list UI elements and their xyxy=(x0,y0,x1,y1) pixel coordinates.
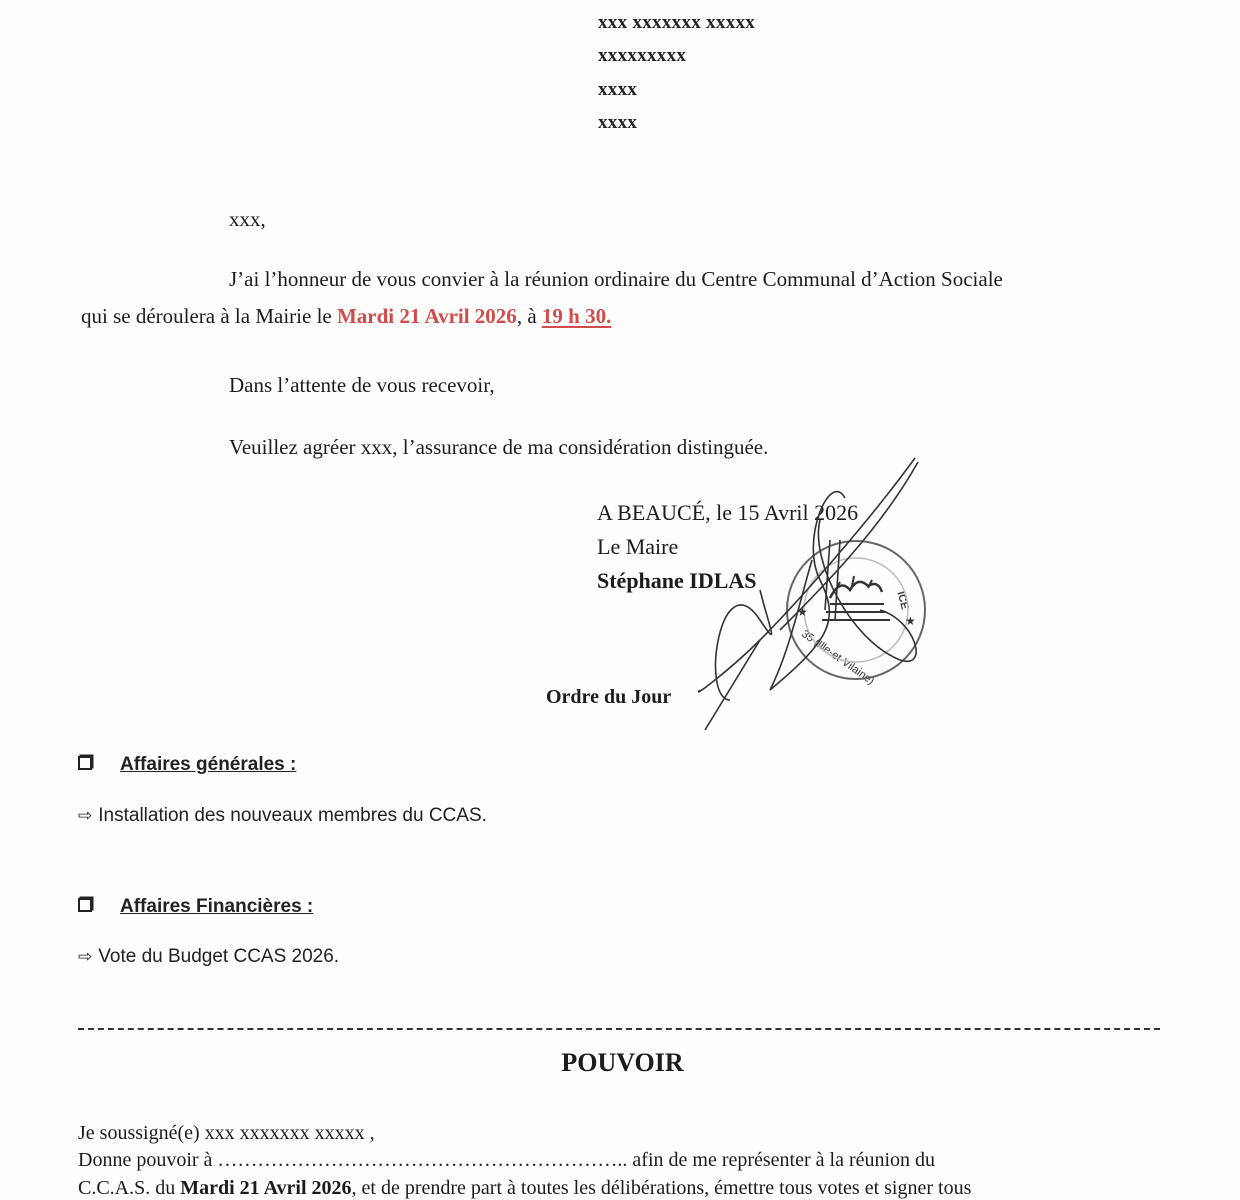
signatory-name: Stéphane IDLAS xyxy=(597,564,757,598)
agenda-section-general: Affaires générales : xyxy=(78,754,296,776)
section-title: Affaires générales : xyxy=(120,754,296,775)
agenda-title: Ordre du Jour xyxy=(546,686,671,709)
agenda-item-text: Installation des nouveaux membres du CCA… xyxy=(98,805,487,826)
invitation-line-1: J’ai l’honneur de vous convier à la réun… xyxy=(229,267,1003,292)
arrow-right-icon: ⇨ xyxy=(78,806,92,826)
signature-stamp-graphic: ★ ★ xyxy=(0,0,1240,1200)
proxy-prefix: Donne pouvoir à xyxy=(78,1149,217,1171)
section-title: Affaires Financières : xyxy=(120,896,313,917)
agenda-section-financial: Affaires Financières : xyxy=(78,896,313,918)
proxy-date: Mardi 21 Avril 2026 xyxy=(180,1177,351,1199)
waiting-line: Dans l’attente de vous recevoir, xyxy=(229,373,495,398)
meeting-time: 19 h 30. xyxy=(542,304,611,328)
checkbox-icon xyxy=(78,898,92,912)
recipient-address-line: xxxx xyxy=(598,79,637,101)
official-stamp-icon: ★ ★ xyxy=(787,541,925,679)
recipient-name: xxx xxxxxxx xxxxx xyxy=(598,12,755,34)
svg-text:★: ★ xyxy=(797,605,808,619)
salutation: xxx, xyxy=(229,207,266,232)
closing-line: Veuillez agréer xxx, l’assurance de ma c… xyxy=(229,435,768,460)
signatory-role: Le Maire xyxy=(597,530,678,564)
place-date: A BEAUCÉ, le 15 Avril 2026 xyxy=(597,496,858,530)
recipient-address-line: xxxx xyxy=(598,112,637,134)
proxy-prefix: C.C.A.S. du xyxy=(78,1177,180,1199)
stamp-text-top: ICE xyxy=(894,590,910,611)
invitation-mid: , à xyxy=(517,304,542,328)
invitation-line-2: qui se déroulera à la Mairie le Mardi 21… xyxy=(81,304,611,329)
arrow-right-icon: ⇨ xyxy=(78,947,92,967)
svg-text:★: ★ xyxy=(905,614,916,628)
proxy-line-1: Je soussigné(e) xxx xxxxxxx xxxxx , xyxy=(78,1122,375,1145)
proxy-line-3: C.C.A.S. du Mardi 21 Avril 2026, et de p… xyxy=(78,1177,971,1200)
proxy-suffix: afin de me représenter à la réunion du xyxy=(627,1149,935,1171)
proxy-suffix: , et de prendre part à toutes les délibé… xyxy=(352,1177,972,1199)
recipient-address-line: xxxxxxxxx xyxy=(598,45,686,67)
proxy-title: POUVOIR xyxy=(0,1048,1240,1078)
checkbox-icon xyxy=(78,756,92,770)
invitation-prefix: qui se déroulera à la Mairie le xyxy=(81,304,337,328)
agenda-item: ⇨Installation des nouveaux membres du CC… xyxy=(78,805,487,827)
proxy-blank-field[interactable]: …………………………………………………….. xyxy=(217,1149,627,1171)
proxy-line-2: Donne pouvoir à …………………………………………………….. a… xyxy=(78,1149,935,1172)
agenda-item-text: Vote du Budget CCAS 2026. xyxy=(98,946,339,967)
cut-line-divider xyxy=(78,1028,1160,1030)
stamp-text-bottom: 35 (Ille-et-Vilaine) xyxy=(799,628,876,687)
meeting-date: Mardi 21 Avril 2026 xyxy=(337,304,517,328)
agenda-item: ⇨Vote du Budget CCAS 2026. xyxy=(78,946,339,968)
